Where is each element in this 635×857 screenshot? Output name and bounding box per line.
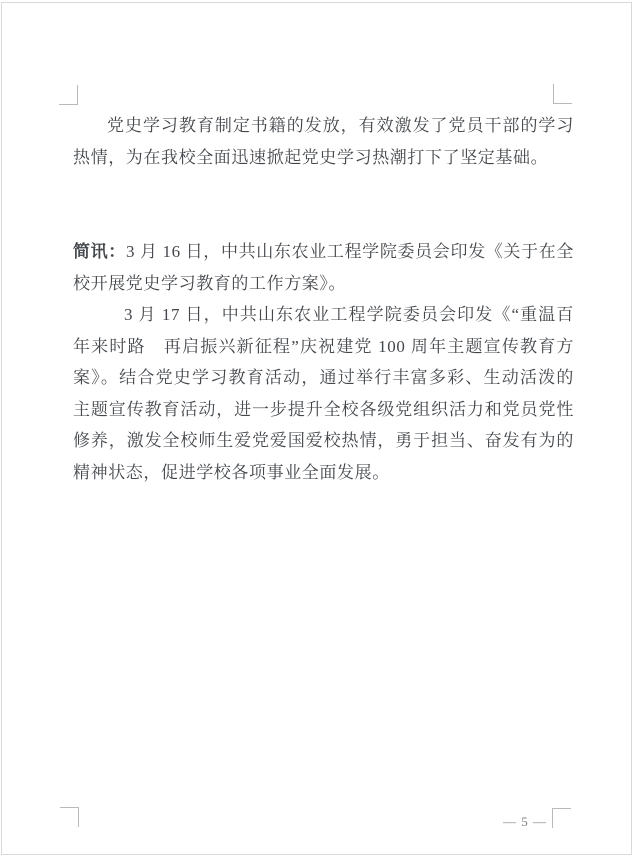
document-page: 党史学习教育制定书籍的发放，有效激发了党员干部的学习热情，为在我校全面迅速掀起党… <box>0 0 635 857</box>
brief-label: 简讯： <box>73 242 126 261</box>
document-body: 党史学习教育制定书籍的发放，有效激发了党员干部的学习热情，为在我校全面迅速掀起党… <box>73 110 574 488</box>
text-boundary-mark-top-left <box>59 85 78 105</box>
brief-text: 3 月 16 日，中共山东农业工程学院委员会印发《关于在全校开展党史学习教育的工… <box>73 242 574 293</box>
paragraph-intro: 党史学习教育制定书籍的发放，有效激发了党员干部的学习热情，为在我校全面迅速掀起党… <box>73 110 574 173</box>
text-boundary-mark-top-right <box>553 84 572 104</box>
page-number: — 5 — <box>470 814 580 830</box>
text-boundary-mark-bottom-left <box>60 807 79 827</box>
paragraph-brief: 简讯：3 月 16 日，中共山东农业工程学院委员会印发《关于在全校开展党史学习教… <box>73 236 574 299</box>
paragraph-brief-continued: 3 月 17 日，中共山东农业工程学院委员会印发《“重温百年来时路 再启振兴新征… <box>73 299 574 488</box>
